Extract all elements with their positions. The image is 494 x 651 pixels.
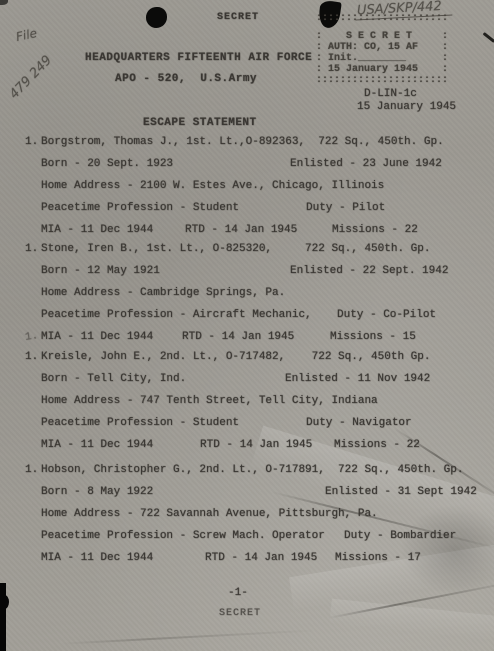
document-title: ESCAPE STATEMENT — [143, 117, 257, 129]
escape-entry: 1. Borgstrom, Thomas J., 1st. Lt.,O-8923… — [0, 136, 494, 246]
entry-profession: Peacetime Profession - Student — [41, 202, 239, 214]
entry-enlisted: Enlisted - 22 Sept. 1942 — [290, 265, 448, 277]
stamp-border: :::::::::::::::::::::: — [316, 75, 448, 86]
entry-home-address: Home Address - Cambridge Springs, Pa. — [41, 287, 285, 299]
entry-mia: MIA - 11 Dec 1944 — [41, 331, 153, 343]
entry-born: Born - Tell City, Ind. — [41, 373, 186, 385]
entry-mia: MIA - 11 Dec 1944 — [41, 224, 153, 236]
entry-born: Born - 20 Sept. 1923 — [41, 158, 173, 170]
entry-number: 1. — [25, 464, 38, 476]
stamp-border: :::::::::::::::::::::: — [316, 13, 448, 24]
entry-profession: Peacetime Profession - Screw Mach. Opera… — [41, 530, 325, 542]
entry-name-line: Borgstrom, Thomas J., 1st. Lt.,O-892363,… — [41, 136, 444, 148]
page-number: -1- — [228, 587, 248, 599]
entry-born: Born - 12 May 1921 — [41, 265, 160, 277]
escape-entry: 1. Hobson, Christopher G., 2nd. Lt., O-7… — [0, 464, 494, 574]
handwritten-catalog-note: 479 249 — [7, 53, 55, 102]
entry-rtd: RTD - 14 Jan 1945 — [200, 439, 312, 451]
stamp-initials-line: : Init.________ : — [316, 53, 448, 64]
paper-crease — [60, 629, 320, 645]
entry-duty: Duty - Bombardier — [344, 530, 456, 542]
entry-rtd: RTD - 14 Jan 1945 — [185, 224, 297, 236]
entry-enlisted: Enlisted - 31 Sept 1942 — [325, 486, 477, 498]
entry-mia: MIA - 11 Dec 1944 — [41, 552, 153, 564]
organization-name: HEADQUARTERS FIFTEENTH AIR FORCE — [85, 52, 312, 64]
entry-profession: Peacetime Profession - Student — [41, 417, 239, 429]
entry-missions: Missions - 17 — [335, 552, 421, 564]
stray-pencil-mark: 1. — [24, 330, 39, 344]
escape-entry: 1. Kreisle, John E., 2nd. Lt., O-717482,… — [0, 351, 494, 461]
entry-name-line: Stone, Iren B., 1st. Lt., O-825320, 722 … — [41, 243, 430, 255]
paper-wrinkle — [329, 599, 494, 648]
entry-number: 1. — [25, 136, 38, 148]
paper-crease — [328, 579, 494, 619]
entry-rtd: RTD - 14 Jan 1945 — [205, 552, 317, 564]
entry-born: Born - 8 May 1922 — [41, 486, 153, 498]
entry-duty: Duty - Navigator — [306, 417, 412, 429]
entry-number: 1. — [25, 351, 38, 363]
entry-missions: Missions - 15 — [330, 331, 416, 343]
entry-home-address: Home Address - 2100 W. Estes Ave., Chica… — [41, 180, 384, 192]
document-date: 15 January 1945 — [357, 101, 456, 113]
entry-profession: Peacetime Profession - Aircraft Mechanic… — [41, 309, 312, 321]
secret-auth-stamp: :::::::::::::::::::::: : S E C R E T : :… — [316, 13, 476, 83]
ink-blot-icon — [146, 7, 167, 28]
stamp-classification: : S E C R E T : — [316, 31, 448, 42]
organization-address: APO - 520, U.S.Army — [115, 73, 257, 85]
entry-mia: MIA - 11 Dec 1944 — [41, 439, 153, 451]
entry-enlisted: Enlisted - 11 Nov 1942 — [285, 373, 430, 385]
document-page: SECRET USA/SKP/442 File 479 249 ::::::::… — [0, 0, 494, 651]
corner-smudge — [0, 0, 8, 5]
entry-home-address: Home Address - 722 Savannah Avenue, Pitt… — [41, 508, 378, 520]
entry-enlisted: Enlisted - 23 June 1942 — [290, 158, 442, 170]
pen-tick-mark — [483, 32, 494, 43]
reference-code: D-LIN-1c — [364, 88, 417, 100]
entry-number: 1. — [25, 243, 38, 255]
entry-name-line: Kreisle, John E., 2nd. Lt., O-717482, 72… — [41, 351, 430, 363]
handwritten-file-note: File — [15, 26, 38, 44]
bottom-classification: SECRET — [219, 608, 261, 620]
stamp-date: : 15 January 1945 : — [316, 64, 448, 75]
stamp-authority: : AUTH: CO, 15 AF : — [316, 42, 448, 53]
entry-home-address: Home Address - 747 Tenth Street, Tell Ci… — [41, 395, 378, 407]
escape-entry: 1. Stone, Iren B., 1st. Lt., O-825320, 7… — [0, 243, 494, 353]
entry-missions: Missions - 22 — [334, 439, 420, 451]
entry-missions: Missions - 22 — [332, 224, 418, 236]
entry-name-line: Hobson, Christopher G., 2nd. Lt., O-7178… — [41, 464, 463, 476]
entry-duty: Duty - Pilot — [306, 202, 385, 214]
scan-edge-shadow — [0, 583, 6, 651]
scan-edge-shadow — [0, 595, 9, 609]
entry-duty: Duty - Co-Pilot — [337, 309, 436, 321]
entry-rtd: RTD - 14 Jan 1945 — [182, 331, 294, 343]
top-classification: SECRET — [217, 12, 259, 24]
